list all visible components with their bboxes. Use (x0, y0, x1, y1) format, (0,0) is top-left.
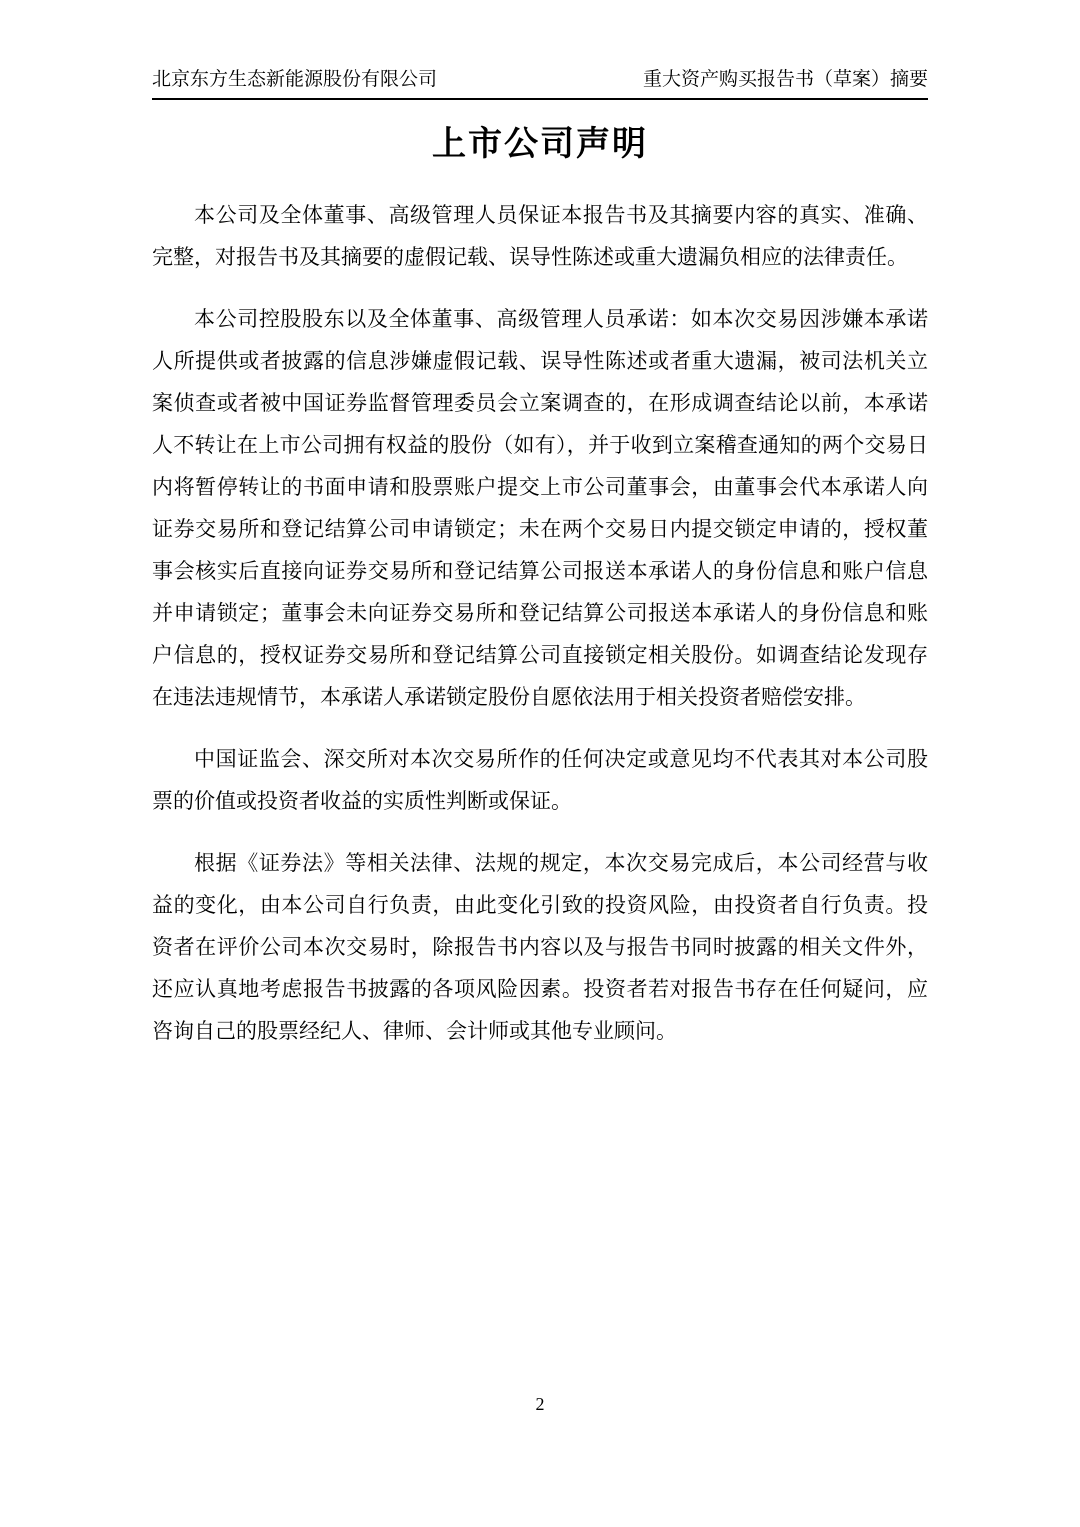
declaration-paragraph-1: 本公司及全体董事、高级管理人员保证本报告书及其摘要内容的真实、准确、完整，对报告… (152, 194, 928, 278)
document-header: 北京东方生态新能源股份有限公司 重大资产购买报告书（草案）摘要 (152, 68, 928, 100)
header-report-name: 重大资产购买报告书（草案）摘要 (643, 68, 928, 92)
page-title: 上市公司声明 (152, 124, 928, 164)
declaration-paragraph-2: 本公司控股股东以及全体董事、高级管理人员承诺：如本次交易因涉嫌本承诺人所提供或者… (152, 298, 928, 718)
page-content: 北京东方生态新能源股份有限公司 重大资产购买报告书（草案）摘要 上市公司声明 本… (152, 0, 928, 1052)
declaration-paragraph-3: 中国证监会、深交所对本次交易所作的任何决定或意见均不代表其对本公司股票的价值或投… (152, 738, 928, 822)
declaration-paragraph-4: 根据《证券法》等相关法律、法规的规定，本次交易完成后，本公司经营与收益的变化，由… (152, 842, 928, 1052)
declaration-body: 本公司及全体董事、高级管理人员保证本报告书及其摘要内容的真实、准确、完整，对报告… (152, 194, 928, 1052)
page-number: 2 (0, 1392, 1080, 1416)
header-company-name: 北京东方生态新能源股份有限公司 (152, 68, 437, 92)
document-page: 北京东方生态新能源股份有限公司 重大资产购买报告书（草案）摘要 上市公司声明 本… (0, 0, 1080, 1527)
